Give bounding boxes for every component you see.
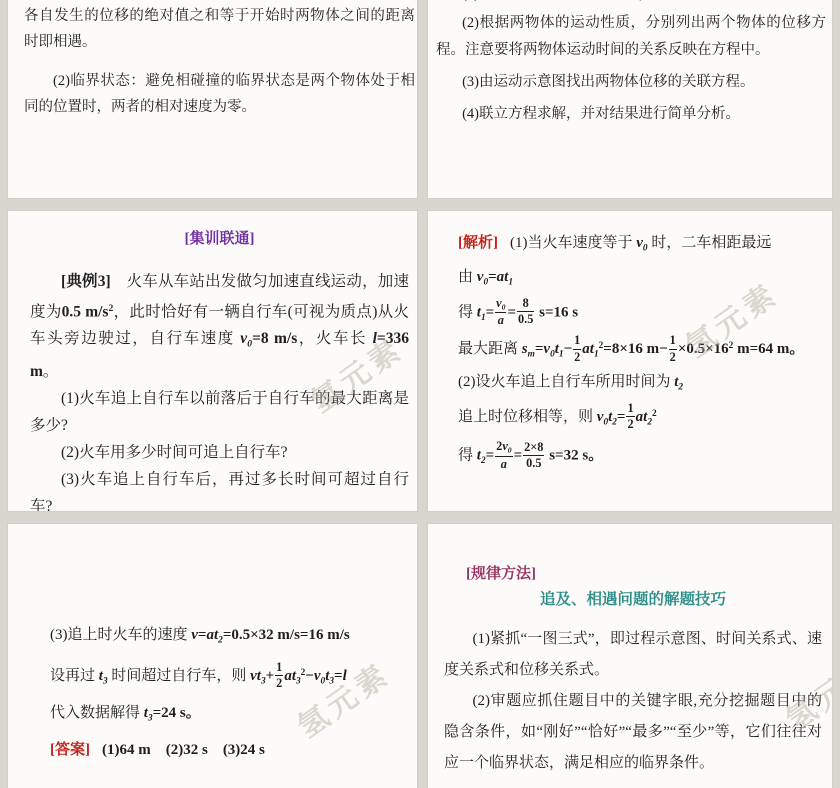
answer-values: (1)64 m (2)32 s (3)24 s [102, 742, 265, 758]
equation-line: 代入数据解得 t3=24 s。 [50, 700, 413, 732]
equation-line: 追上时位移相等，则 v0t2=12at22 [458, 401, 828, 436]
slide-1[interactable]: 各自发生的位移的绝对值之和等于开始时两物体之间的距离时即相遇。 (2)临界状态：… [8, 0, 417, 198]
equation-line: (2)设火车追上自行车所用时间为 t2 [458, 369, 828, 401]
slide-2-content: (1)分析两个物体的运动过程，画出运动示意图。 (2)根据两物体的运动性质，分别… [428, 0, 832, 128]
step-4: (4)联立方程求解，并对结果进行简单分析。 [436, 101, 826, 128]
slide-6[interactable]: [规律方法] 追及、相遇问题的解题技巧 (1)紧抓“一图三式”，即过程示意图、时… [428, 524, 832, 788]
step-2: (2)根据两物体的运动性质，分别列出两个物体的位移方程。注意要将两物体运动时间的… [436, 10, 826, 64]
slide-1-content: 各自发生的位移的绝对值之和等于开始时两物体之间的距离时即相遇。 (2)临界状态：… [8, 0, 417, 120]
question-3: (3)火车追上自行车后，再过多长时间可超过自行车? [30, 466, 409, 511]
clipped-top-line: (1)分析两个物体的运动过程，画出运动示意图。 [436, 0, 826, 5]
slide-3-content: [集训联通] [典例3] 火车从车站出发做匀加速直线运动，加速度为0.5 m/s… [8, 231, 417, 511]
slide-4[interactable]: [解析](1)当火车速度等于 v0 时，二车相距最远 由 v0=at1 得 t1… [428, 211, 832, 511]
equation-line: (3)追上时火车的速度 v=at2=0.5×32 m/s=16 m/s [50, 622, 413, 654]
solution-line: [解析](1)当火车速度等于 v0 时，二车相距最远 [458, 230, 828, 262]
tip-1: (1)紧抓“一图三式”，即过程示意图、时间关系式、速度关系式和位移关系式。 [444, 624, 822, 686]
equation-line: 由 v0=at1 [458, 264, 828, 296]
equation-line: 得 t2=2v0a=2×80.5 s=32 s。 [458, 440, 828, 475]
question-1: (1)火车追上自行车以前落后于自行车的最大距离是多少? [30, 385, 409, 439]
equation-line: 最大距离 sm=v0t1−12at12=8×16 m−12×0.5×162 m=… [458, 333, 828, 368]
body-paragraph: 各自发生的位移的绝对值之和等于开始时两物体之间的距离时即相遇。 [24, 3, 415, 55]
slide-3[interactable]: [集训联通] [典例3] 火车从车站出发做匀加速直线运动，加速度为0.5 m/s… [8, 211, 417, 511]
answer-label: [答案] [50, 742, 90, 758]
method-title: 追及、相遇问题的解题技巧 [444, 591, 822, 608]
tip-2: (2)审题应抓住题目中的关键字眼,充分挖掘题目中的隐含条件，如“刚好”“恰好”“… [444, 686, 822, 779]
slide-6-content: [规律方法] 追及、相遇问题的解题技巧 (1)紧抓“一图三式”，即过程示意图、时… [428, 566, 832, 779]
method-label: [规律方法] [466, 566, 822, 583]
question-2: (2)火车用多少时间可追上自行车? [30, 439, 409, 466]
equation-line: 得 t1=v0a=80.5 s=16 s [458, 297, 828, 332]
equation: (1)当火车速度等于 v0 时，二车相距最远 [510, 235, 771, 251]
slide-grid-view: 各自发生的位移的绝对值之和等于开始时两物体之间的距离时即相遇。 (2)临界状态：… [0, 0, 840, 788]
section-header: [集训联通] [30, 231, 409, 248]
analysis-label: [解析] [458, 235, 498, 251]
step-3: (3)由运动示意图找出两物体位移的关联方程。 [436, 69, 826, 96]
example-statement: [典例3] 火车从车站出发做匀加速直线运动，加速度为0.5 m/s2，此时恰好有… [30, 268, 409, 385]
slide-5-content: (3)追上时火车的速度 v=at2=0.5×32 m/s=16 m/s 设再过 … [8, 524, 417, 764]
equation-line: 设再过 t3 时间超过自行车，则 vt3+12at32−v0t3=l [50, 660, 413, 695]
slide-5[interactable]: (3)追上时火车的速度 v=at2=0.5×32 m/s=16 m/s 设再过 … [8, 524, 417, 788]
body-paragraph: (2)临界状态：避免相碰撞的临界状态是两个物体处于相同的位置时，两者的相对速度为… [24, 68, 415, 120]
slide-4-content: [解析](1)当火车速度等于 v0 时，二车相距最远 由 v0=at1 得 t1… [428, 230, 832, 475]
slide-2[interactable]: (1)分析两个物体的运动过程，画出运动示意图。 (2)根据两物体的运动性质，分别… [428, 0, 832, 198]
answer-line: [答案](1)64 m (2)32 s (3)24 s [50, 737, 413, 764]
